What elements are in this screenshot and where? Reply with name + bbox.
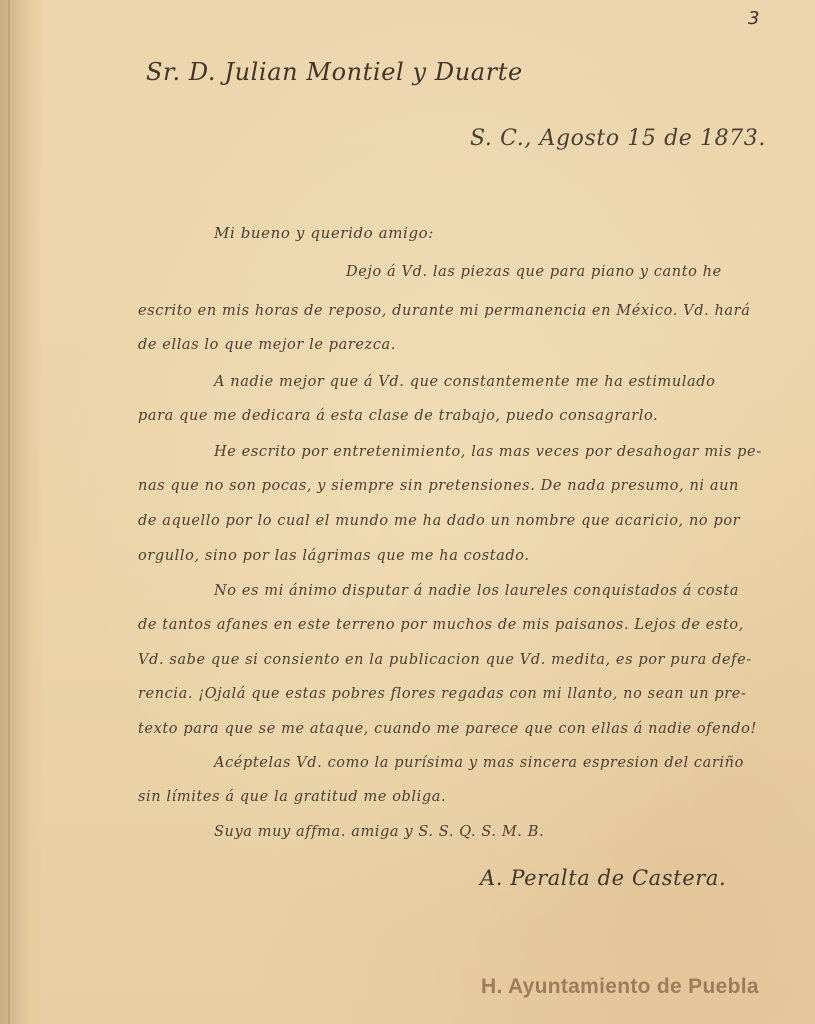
binding-edge (8, 0, 10, 1024)
letter-line: Dejo á Vd. las piezas que para piano y c… (346, 264, 722, 280)
letter-line: rencia. ¡Ojalá que estas pobres flores r… (138, 686, 746, 702)
letter-line: He escrito por entretenimiento, las mas … (214, 444, 762, 460)
page-number: 3 (748, 8, 759, 29)
salutation: Mi bueno y querido amigo: (214, 224, 434, 242)
addressee: Sr. D. Julian Montiel y Duarte (146, 58, 523, 86)
place-date: S. C., Agosto 15 de 1873. (470, 126, 766, 151)
binding-gutter (0, 0, 44, 1024)
letter-line: No es mi ánimo disputar á nadie los laur… (214, 583, 739, 599)
letter-line: sin límites á que la gratitud me obliga. (138, 789, 446, 805)
letter-line: nas que no son pocas, y siempre sin pret… (138, 478, 739, 494)
letter-line: texto para que se me ataque, cuando me p… (138, 721, 757, 737)
letter-line: escrito en mis horas de reposo, durante … (138, 303, 750, 319)
letter-line: A nadie mejor que á Vd. que constantemen… (214, 374, 715, 390)
letter-line: Acéptelas Vd. como la purísima y mas sin… (214, 755, 744, 771)
archive-watermark: H. Ayuntamiento de Puebla (481, 975, 759, 999)
letter-line: Suya muy affma. amiga y S. S. Q. S. M. B… (214, 824, 544, 840)
letter-line: orgullo, sino por las lágrimas que me ha… (138, 548, 530, 564)
document-page: 3 Sr. D. Julian Montiel y Duarte S. C., … (0, 0, 815, 1024)
letter-line: de ellas lo que mejor le parezca. (138, 337, 396, 353)
letter-line: Vd. sabe que si consiento en la publicac… (138, 652, 752, 668)
letter-line: de aquello por lo cual el mundo me ha da… (138, 513, 740, 529)
letter-line: para que me dedicara á esta clase de tra… (138, 408, 658, 424)
signature: A. Peralta de Castera. (480, 866, 726, 890)
letter-line: de tantos afanes en este terreno por muc… (138, 617, 744, 633)
